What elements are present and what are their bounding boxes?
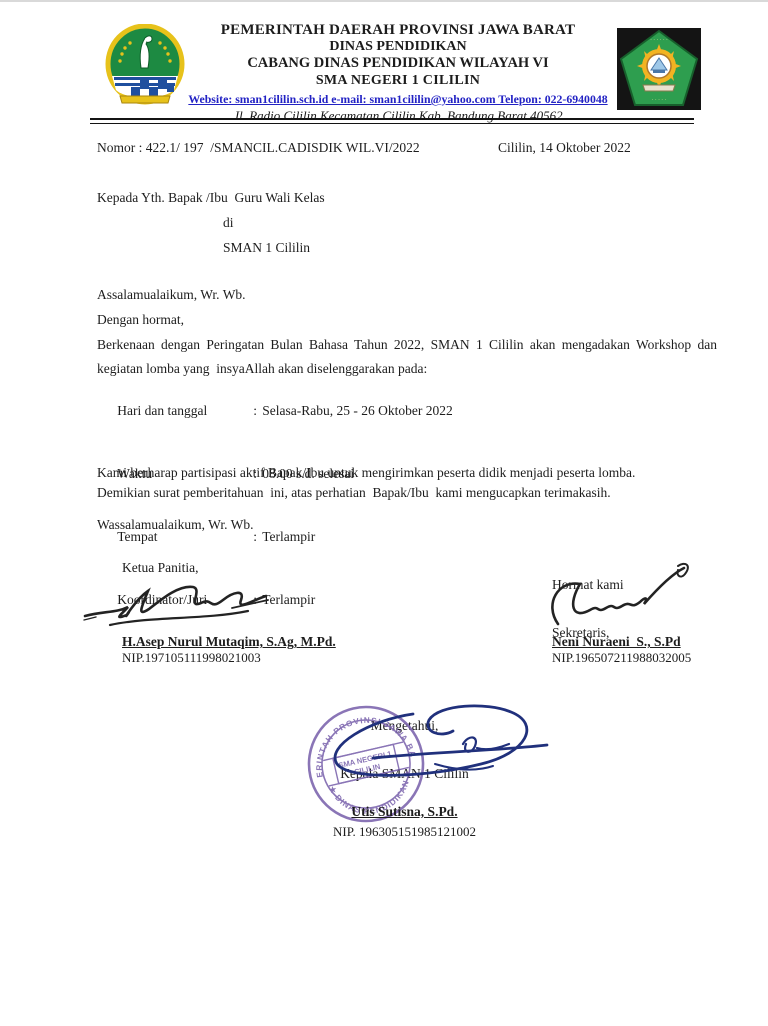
place-and-date: Cililin, 14 Oktober 2022	[498, 138, 631, 158]
paragraph-closing: Demikian surat pemberitahuan ini, atas p…	[97, 483, 727, 503]
official-letter-page: PEMERINTAH DAERAH PROVINSI JAWA BARAT DI…	[0, 0, 768, 1026]
school-emblem-logo: · · · · · · · · · · ·	[617, 28, 701, 110]
letterhead-government-line: PEMERINTAH DAERAH PROVINSI JAWA BARAT	[186, 22, 610, 39]
letterhead-divider	[90, 118, 694, 124]
paragraph-announcement-line2: kegiatan lomba yang insyaAllah akan dise…	[97, 357, 717, 381]
detail-label: Hari dan tanggal	[117, 400, 253, 421]
letterhead-contact-link[interactable]: Website: sman1cililin.sch.id e-mail: sma…	[186, 92, 610, 107]
letterhead-department-line: DINAS PENDIDIKAN	[186, 39, 610, 55]
letterhead-school-name: SMA NEGERI 1 CILILIN	[186, 72, 610, 89]
sekretaris-signature	[542, 562, 710, 638]
with-respect-line: Dengan hormat,	[97, 310, 184, 330]
closing-salutation: Wassalamualaikum, Wr. Wb.	[97, 515, 253, 535]
center-signer-identity: Utis Sutisna, S.Pd. NIP. 196305151985121…	[292, 802, 517, 842]
opening-salutation: Assalamualaikum, Wr. Wb.	[97, 285, 246, 305]
paragraph-participation: Kami berharap partisipasi aktif Bapak/Ib…	[97, 463, 727, 483]
recipient-di: di	[223, 213, 234, 233]
center-signer-name: Utis Sutisna, S.Pd.	[292, 802, 517, 822]
recipient-school: SMAN 1 Cililin	[223, 238, 310, 258]
letter-number: Nomor : 422.1/ 197 /SMANCIL.CADISDIK WIL…	[97, 138, 420, 158]
letterhead-branch-line: CABANG DINAS PENDIDIKAN WILAYAH VI	[186, 55, 610, 72]
ketua-signature	[82, 570, 277, 638]
kepala-sekolah-signature	[315, 694, 550, 794]
svg-text:· · · · ·: · · · · ·	[652, 97, 667, 103]
right-signer-nip: NIP.196507211988032005	[552, 648, 691, 668]
left-signer-nip: NIP.197105111998021003	[122, 648, 261, 668]
detail-value: Selasa-Rabu, 25 - 26 Oktober 2022	[262, 403, 452, 418]
letterhead: PEMERINTAH DAERAH PROVINSI JAWA BARAT DI…	[186, 22, 610, 123]
detail-colon: :	[253, 526, 262, 547]
jawa-barat-emblem-logo	[100, 24, 190, 110]
center-signer-nip: NIP. 196305151985121002	[292, 822, 517, 842]
svg-text:· · · · · ·: · · · · · ·	[650, 37, 668, 43]
detail-colon: :	[253, 400, 262, 421]
detail-row-day-date: Hari dan tanggal:Selasa-Rabu, 25 - 26 Ok…	[97, 379, 717, 442]
recipient-line: Kepada Yth. Bapak /Ibu Guru Wali Kelas	[97, 188, 325, 208]
detail-value: Terlampir	[262, 529, 315, 544]
paragraph-announcement-line1: Berkenaan dengan Peringatan Bulan Bahasa…	[97, 333, 717, 357]
paragraph-announcement: Berkenaan dengan Peringatan Bulan Bahasa…	[97, 333, 717, 380]
